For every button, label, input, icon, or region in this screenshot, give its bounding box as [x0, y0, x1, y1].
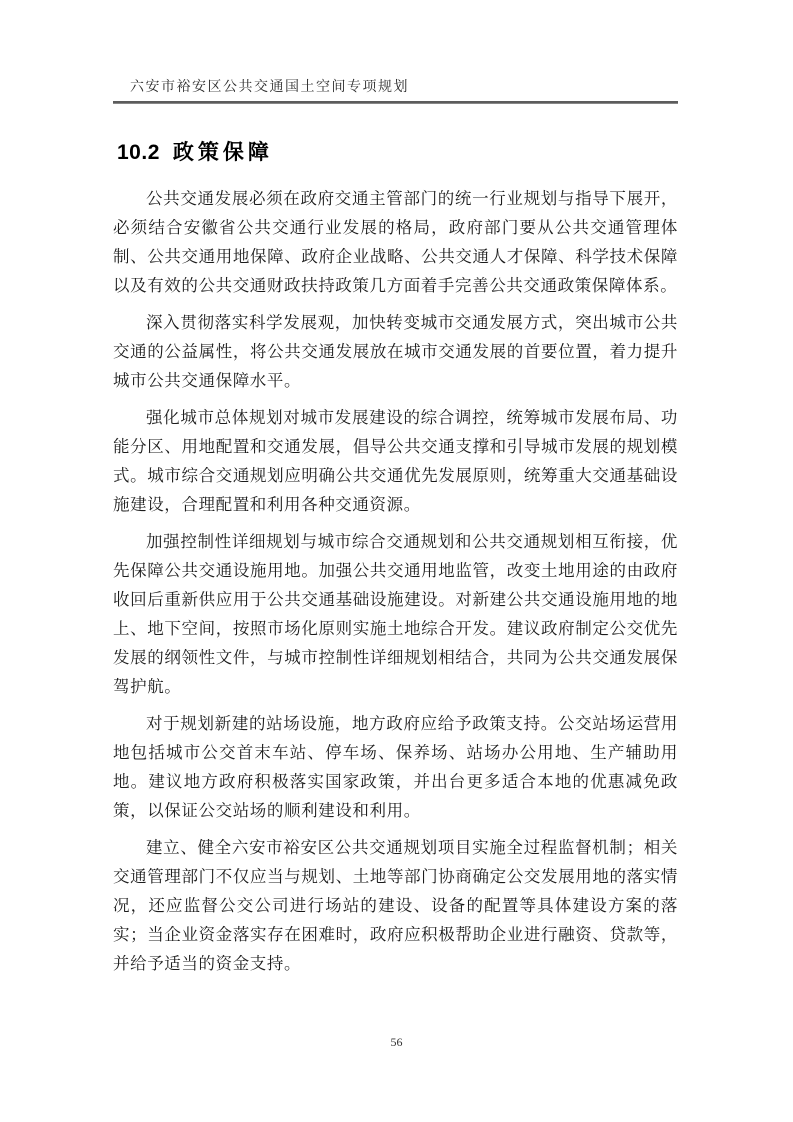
- document-page: 六安市裕安区公共交通国土空间专项规划 10.2 政策保障 公共交通发展必须在政府…: [0, 0, 793, 1122]
- body-paragraph: 加强控制性详细规划与城市综合交通规划和公共交通规划相互衔接，优先保障公共交通设施…: [113, 527, 678, 701]
- body-paragraph: 公共交通发展必须在政府交通主管部门的统一行业规划与指导下展开，必须结合安徽省公共…: [113, 184, 678, 300]
- body-paragraph: 对于规划新建的站场设施，地方政府应给予政策支持。公交站场运营用地包括城市公交首末…: [113, 709, 678, 825]
- body-paragraph: 建立、健全六安市裕安区公共交通规划项目实施全过程监督机制；相关交通管理部门不仅应…: [113, 833, 678, 978]
- header-rule: [113, 101, 678, 104]
- section-title: 政策保障: [173, 136, 273, 166]
- body-text: 公共交通发展必须在政府交通主管部门的统一行业规划与指导下展开，必须结合安徽省公共…: [113, 184, 678, 978]
- section-number: 10.2: [117, 141, 160, 165]
- body-paragraph: 深入贯彻落实科学发展观，加快转变城市交通发展方式，突出城市公共交通的公益属性，将…: [113, 308, 678, 395]
- page-content: 六安市裕安区公共交通国土空间专项规划 10.2 政策保障 公共交通发展必须在政府…: [113, 76, 678, 986]
- page-number: 56: [0, 1035, 793, 1050]
- section-heading: 10.2 政策保障: [117, 136, 678, 166]
- body-paragraph: 强化城市总体规划对城市发展建设的综合调控，统筹城市发展布局、功能分区、用地配置和…: [113, 403, 678, 519]
- running-header: 六安市裕安区公共交通国土空间专项规划: [113, 76, 678, 96]
